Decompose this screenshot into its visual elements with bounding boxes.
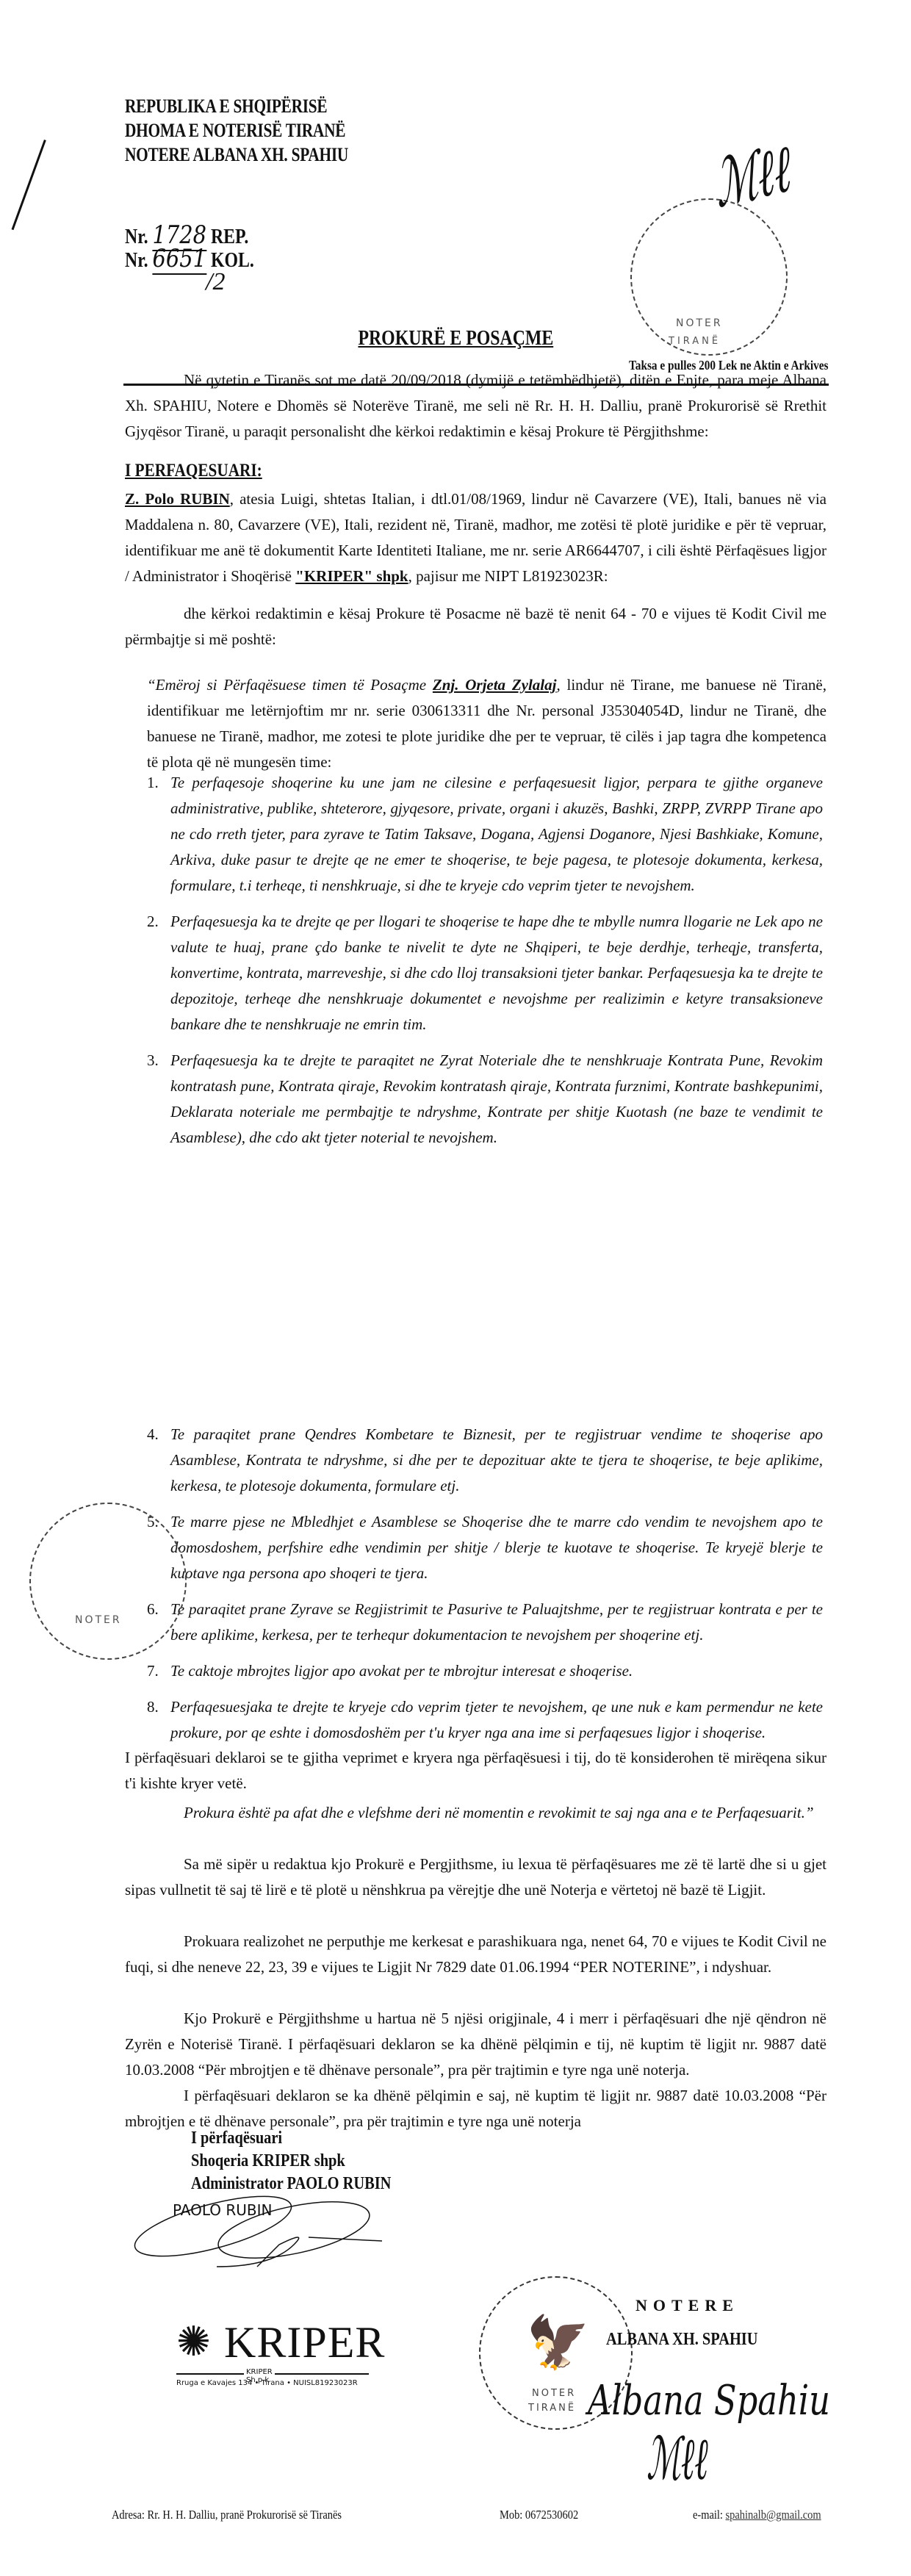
notary-name: ALBANA XH. SPAHIU — [606, 2330, 757, 2350]
company-address: Rruga e Kavajes 134 • Tirana • NUISL8192… — [176, 2379, 358, 2387]
power-item: 5.Te marre pjese ne Mbledhjet e Asambles… — [147, 1509, 823, 1586]
collection-fraction: /2 — [206, 268, 225, 296]
request-paragraph: dhe kërkoi redaktimin e kësaj Prokure të… — [125, 601, 827, 652]
collection-number: Nr. 6651 KOL. — [125, 244, 254, 275]
legal-basis-paragraph: Prokuara realizohet ne perputhje me kerk… — [125, 1929, 827, 1980]
notary-title: NOTERE — [635, 2296, 785, 2315]
letterhead-notary: NOTERE ALBANA XH. SPAHIU — [125, 143, 348, 167]
client-label: I përfaqësuari — [191, 2127, 391, 2150]
notary-signature: Albana Spahiu — [588, 2377, 830, 2425]
appointment-paragraph: “Emëroj si Përfaqësuese timen të Posaçme… — [147, 672, 827, 775]
eagle-emblem-icon: 🦅 — [526, 2314, 590, 2373]
represented-paragraph: Z. Polo RUBIN, atesia Luigi, shtetas Ita… — [125, 486, 827, 589]
company-logo-icon: ✺ — [176, 2322, 211, 2363]
power-item: 3.Perfaqesuesja ka te drejte te paraqite… — [147, 1048, 823, 1151]
represented-name: Z. Polo RUBIN — [125, 490, 230, 508]
notary-stamp-margin: NOTER — [29, 1503, 187, 1660]
reading-paragraph: Sa më sipër u redaktua kjo Prokurë e Per… — [125, 1852, 827, 1903]
footer-mobile: Mob: 0672530602 — [500, 2508, 578, 2522]
copies-paragraph: Kjo Prokurë e Përgjithshme u hartua në 5… — [125, 2006, 827, 2083]
declaration-paragraph: I përfaqësuari deklaroi se te gjitha vep… — [125, 1745, 827, 1796]
client-signature: PAOLO RUBIN — [125, 2186, 397, 2274]
collection-number-value: 6651 — [152, 244, 206, 275]
agent-name: Znj. Orjeta Zylalaj — [433, 676, 557, 694]
validity-paragraph: Prokura është pa afat dhe e vlefshme der… — [125, 1800, 827, 1826]
client-company: Shoqeria KRIPER shpk — [191, 2150, 391, 2173]
document-title: PROKURË E POSAÇME — [0, 327, 911, 350]
powers-list-part-1: 1.Te perfaqesoje shoqerine ku une jam ne… — [147, 770, 823, 1161]
powers-list-part-2: 4.Te paraqitet prane Qendres Kombetare t… — [147, 1422, 823, 1756]
footer-email: e-mail: spahinalb@gmail.com — [693, 2508, 821, 2522]
footer-address: Adresa: Rr. H. H. Dalliu, pranë Prokuror… — [112, 2508, 342, 2522]
power-item: 7.Te caktoje mbrojtes ligjor apo avokat … — [147, 1658, 823, 1684]
letterhead-republic: REPUBLIKA E SHQIPËRISË — [125, 94, 348, 118]
company-logo-name: KRIPER — [224, 2322, 385, 2363]
intro-paragraph: Në qytetin e Tiranës sot me datë 20/09/2… — [125, 367, 827, 445]
svg-text:PAOLO RUBIN: PAOLO RUBIN — [173, 2201, 273, 2219]
letterhead-chamber: DHOMA E NOTERISË TIRANË — [125, 118, 348, 143]
company-name: "KRIPER" shpk — [295, 567, 408, 585]
power-item: 6.Te paraqitet prane Zyrave se Regjistri… — [147, 1597, 823, 1648]
email-link[interactable]: spahinalb@gmail.com — [726, 2508, 821, 2522]
power-item: 1.Te perfaqesoje shoqerine ku une jam ne… — [147, 770, 823, 899]
notary-signature-block: NOTERE ALBANA XH. SPAHIU — [606, 2296, 785, 2350]
margin-mark — [12, 140, 46, 230]
notary-initials-signature: ℳℓℓ — [713, 129, 793, 223]
notary-initials-bottom: ℳℓℓ — [647, 2425, 708, 2494]
letterhead: REPUBLIKA E SHQIPËRISË DHOMA E NOTERISË … — [125, 94, 348, 167]
power-item: 8.Perfaqesuesjaka te drejte te kryeje cd… — [147, 1694, 823, 1746]
power-item: 4.Te paraqitet prane Qendres Kombetare t… — [147, 1422, 823, 1499]
section-represented-title: I PERFAQESUARI: — [125, 461, 262, 481]
power-item: 2.Perfaqesuesja ka te drejte qe per llog… — [147, 909, 823, 1037]
